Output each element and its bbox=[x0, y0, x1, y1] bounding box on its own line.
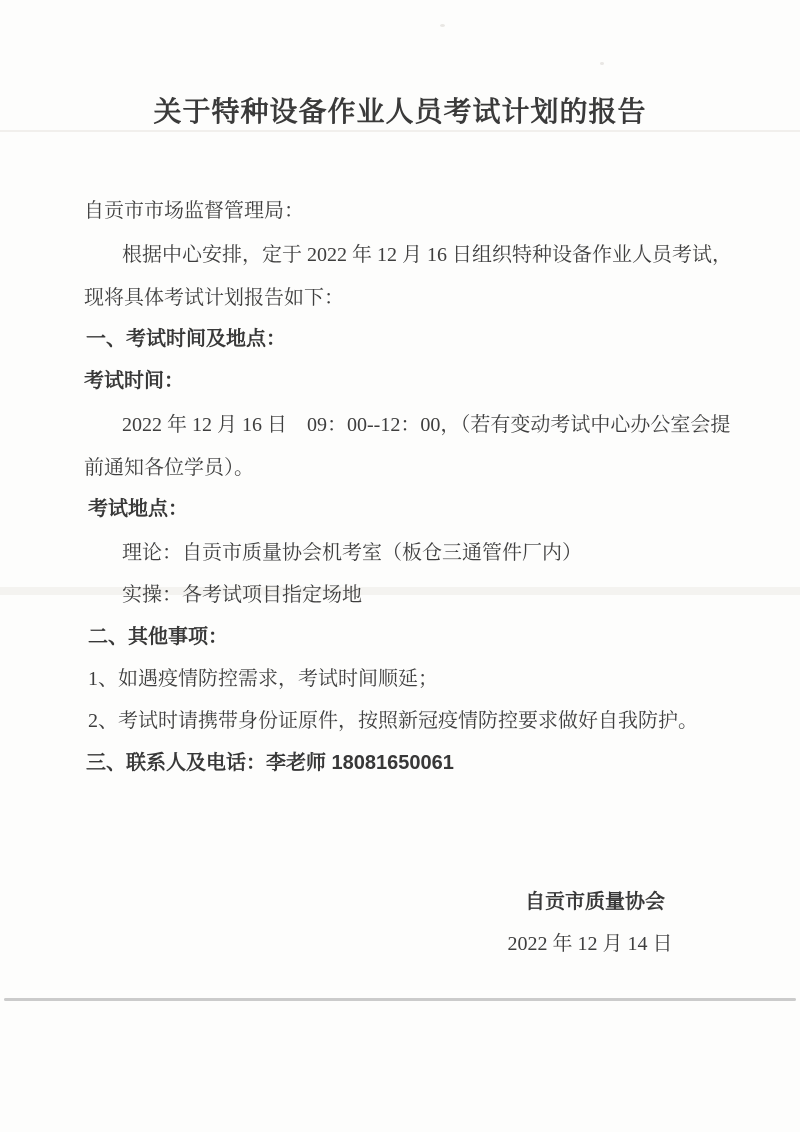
intro-paragraph-line1: 根据中心安排，定于 2022 年 12 月 16 日组织特种设备作业人员考试， bbox=[122, 242, 732, 268]
scanned-document-page: 关于特种设备作业人员考试计划的报告 自贡市市场监督管理局： 根据中心安排，定于 … bbox=[0, 0, 800, 1132]
exam-time-line2: 前通知各位学员）。 bbox=[84, 455, 254, 481]
section1-heading: 一、考试时间及地点： bbox=[86, 326, 286, 352]
section2-item1: 1、如遇疫情防控需求，考试时间顺延； bbox=[88, 666, 438, 692]
scan-artifact-line-under-title bbox=[0, 130, 800, 132]
section2-heading: 二、其他事项： bbox=[88, 624, 228, 650]
document-title: 关于特种设备作业人员考试计划的报告 bbox=[0, 90, 800, 130]
section2-item2: 2、考试时请携带身份证原件，按照新冠疫情防控要求做好自我防护。 bbox=[88, 708, 698, 734]
scan-speckle bbox=[700, 425, 706, 430]
signature-organization: 自贡市质量协会 bbox=[470, 889, 720, 915]
exam-location-label: 考试地点： bbox=[88, 496, 188, 522]
signature-date: 2022 年 12 月 14 日 bbox=[465, 931, 715, 957]
section3-heading-and-contact: 三、联系人及电话：李老师 18081650061 bbox=[86, 750, 454, 776]
intro-paragraph-line2: 现将具体考试计划报告如下： bbox=[84, 285, 344, 311]
salutation: 自贡市市场监督管理局： bbox=[84, 198, 304, 224]
contact-heading: 三、联系人及电话： bbox=[86, 752, 266, 774]
exam-location-theory: 理论：自贡市质量协会机考室（板仓三通管件厂内） bbox=[122, 540, 582, 566]
scan-artifact-bottom-line bbox=[4, 998, 796, 1001]
scan-artifact-band bbox=[0, 587, 800, 595]
scan-speckle bbox=[600, 62, 604, 65]
exam-location-practice: 实操：各考试项目指定场地 bbox=[122, 582, 362, 608]
exam-time-line1: 2022 年 12 月 16 日 09：00--12：00，（若有变动考试中心办… bbox=[122, 412, 730, 438]
contact-person-phone: 李老师 18081650061 bbox=[266, 752, 454, 774]
exam-time-label: 考试时间： bbox=[84, 368, 184, 394]
scan-speckle bbox=[440, 24, 445, 27]
